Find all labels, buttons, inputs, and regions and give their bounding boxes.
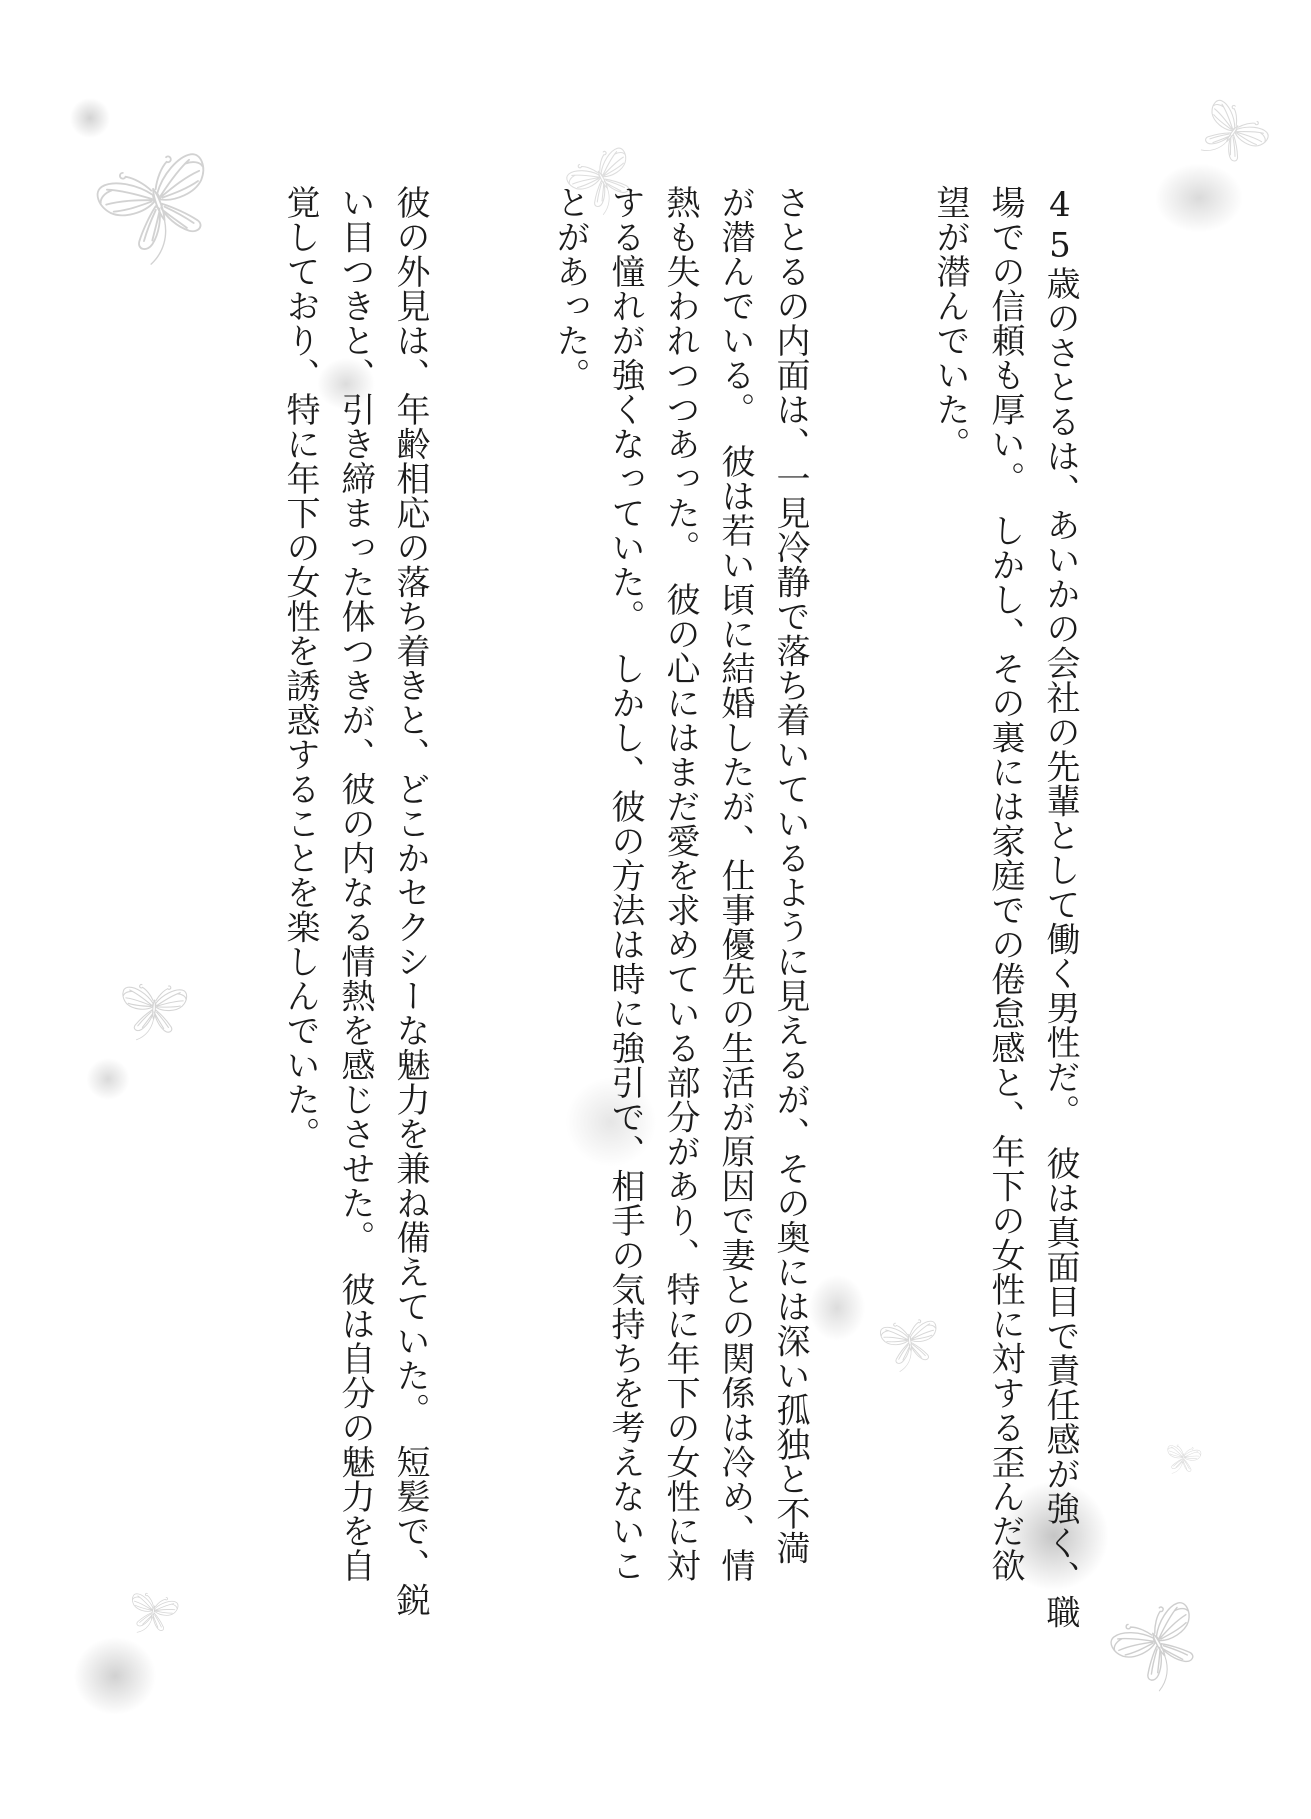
- butterfly-icon: [112, 968, 196, 1052]
- text-line: 45歳のさとるは、あいかの会社の先輩として働く男性だ。 彼は真面目で責任感が強く…: [1032, 185, 1087, 1645]
- text-line: 熱も失われつつあった。 彼の心にはまだ愛を求めている部分があり、特に年下の女性に…: [652, 185, 707, 1645]
- blur-spot: [62, 90, 118, 146]
- butterfly-icon: [115, 1578, 192, 1648]
- paragraph-personality: さとるの内面は、一見冷静で落ち着いているように見えるが、その奥には深い孤独と不満…: [542, 185, 817, 1645]
- text-line: する憧れが強くなっていた。 しかし、彼の方法は時に強引で、相手の気持ちを考えない…: [597, 185, 652, 1645]
- text-line: 場での信頼も厚い。 しかし、その裏には家庭での倦怠感と、年下の女性に対する歪んだ…: [977, 185, 1032, 1645]
- butterfly-icon: [1176, 78, 1287, 189]
- text-line: 望が潜んでいた。: [922, 185, 977, 1645]
- text-line: とがあった。: [542, 185, 597, 1645]
- page: 45歳のさとるは、あいかの会社の先輩として働く男性だ。 彼は真面目で責任感が強く…: [0, 0, 1311, 1819]
- text-line: が潜んでいる。 彼は若い頃に結婚したが、仕事優先の生活が原因で妻との関係は冷め、…: [707, 185, 762, 1645]
- blur-spot: [1138, 150, 1260, 246]
- text-line: 覚しており、特に年下の女性を誘惑することを楽しんでいた。: [272, 185, 327, 1645]
- butterfly-icon: [1157, 1434, 1210, 1483]
- character-profile-text: 45歳のさとるは、あいかの会社の先輩として働く男性だ。 彼は真面目で責任感が強く…: [272, 185, 1087, 1645]
- paragraph-introduction: 45歳のさとるは、あいかの会社の先輩として働く男性だ。 彼は真面目で責任感が強く…: [922, 185, 1087, 1645]
- blur-spot: [58, 1622, 172, 1730]
- text-line: さとるの内面は、一見冷静で落ち着いているように見えるが、その奥には深い孤独と不満: [762, 185, 817, 1645]
- butterfly-icon: [71, 117, 248, 294]
- paragraph-appearance: 彼の外見は、年齢相応の落ち着きと、どこかセクシーな魅力を兼ね備えていた。 短髪で…: [272, 185, 437, 1645]
- blur-spot: [78, 1050, 138, 1108]
- text-line: い目つきと、引き締まった体つきが、彼の内なる情熱を感じさせた。 彼は自分の魅力を…: [327, 185, 382, 1645]
- butterfly-icon: [1086, 1572, 1233, 1717]
- text-line: 彼の外見は、年齢相応の落ち着きと、どこかセクシーな魅力を兼ね備えていた。 短髪で…: [382, 185, 437, 1645]
